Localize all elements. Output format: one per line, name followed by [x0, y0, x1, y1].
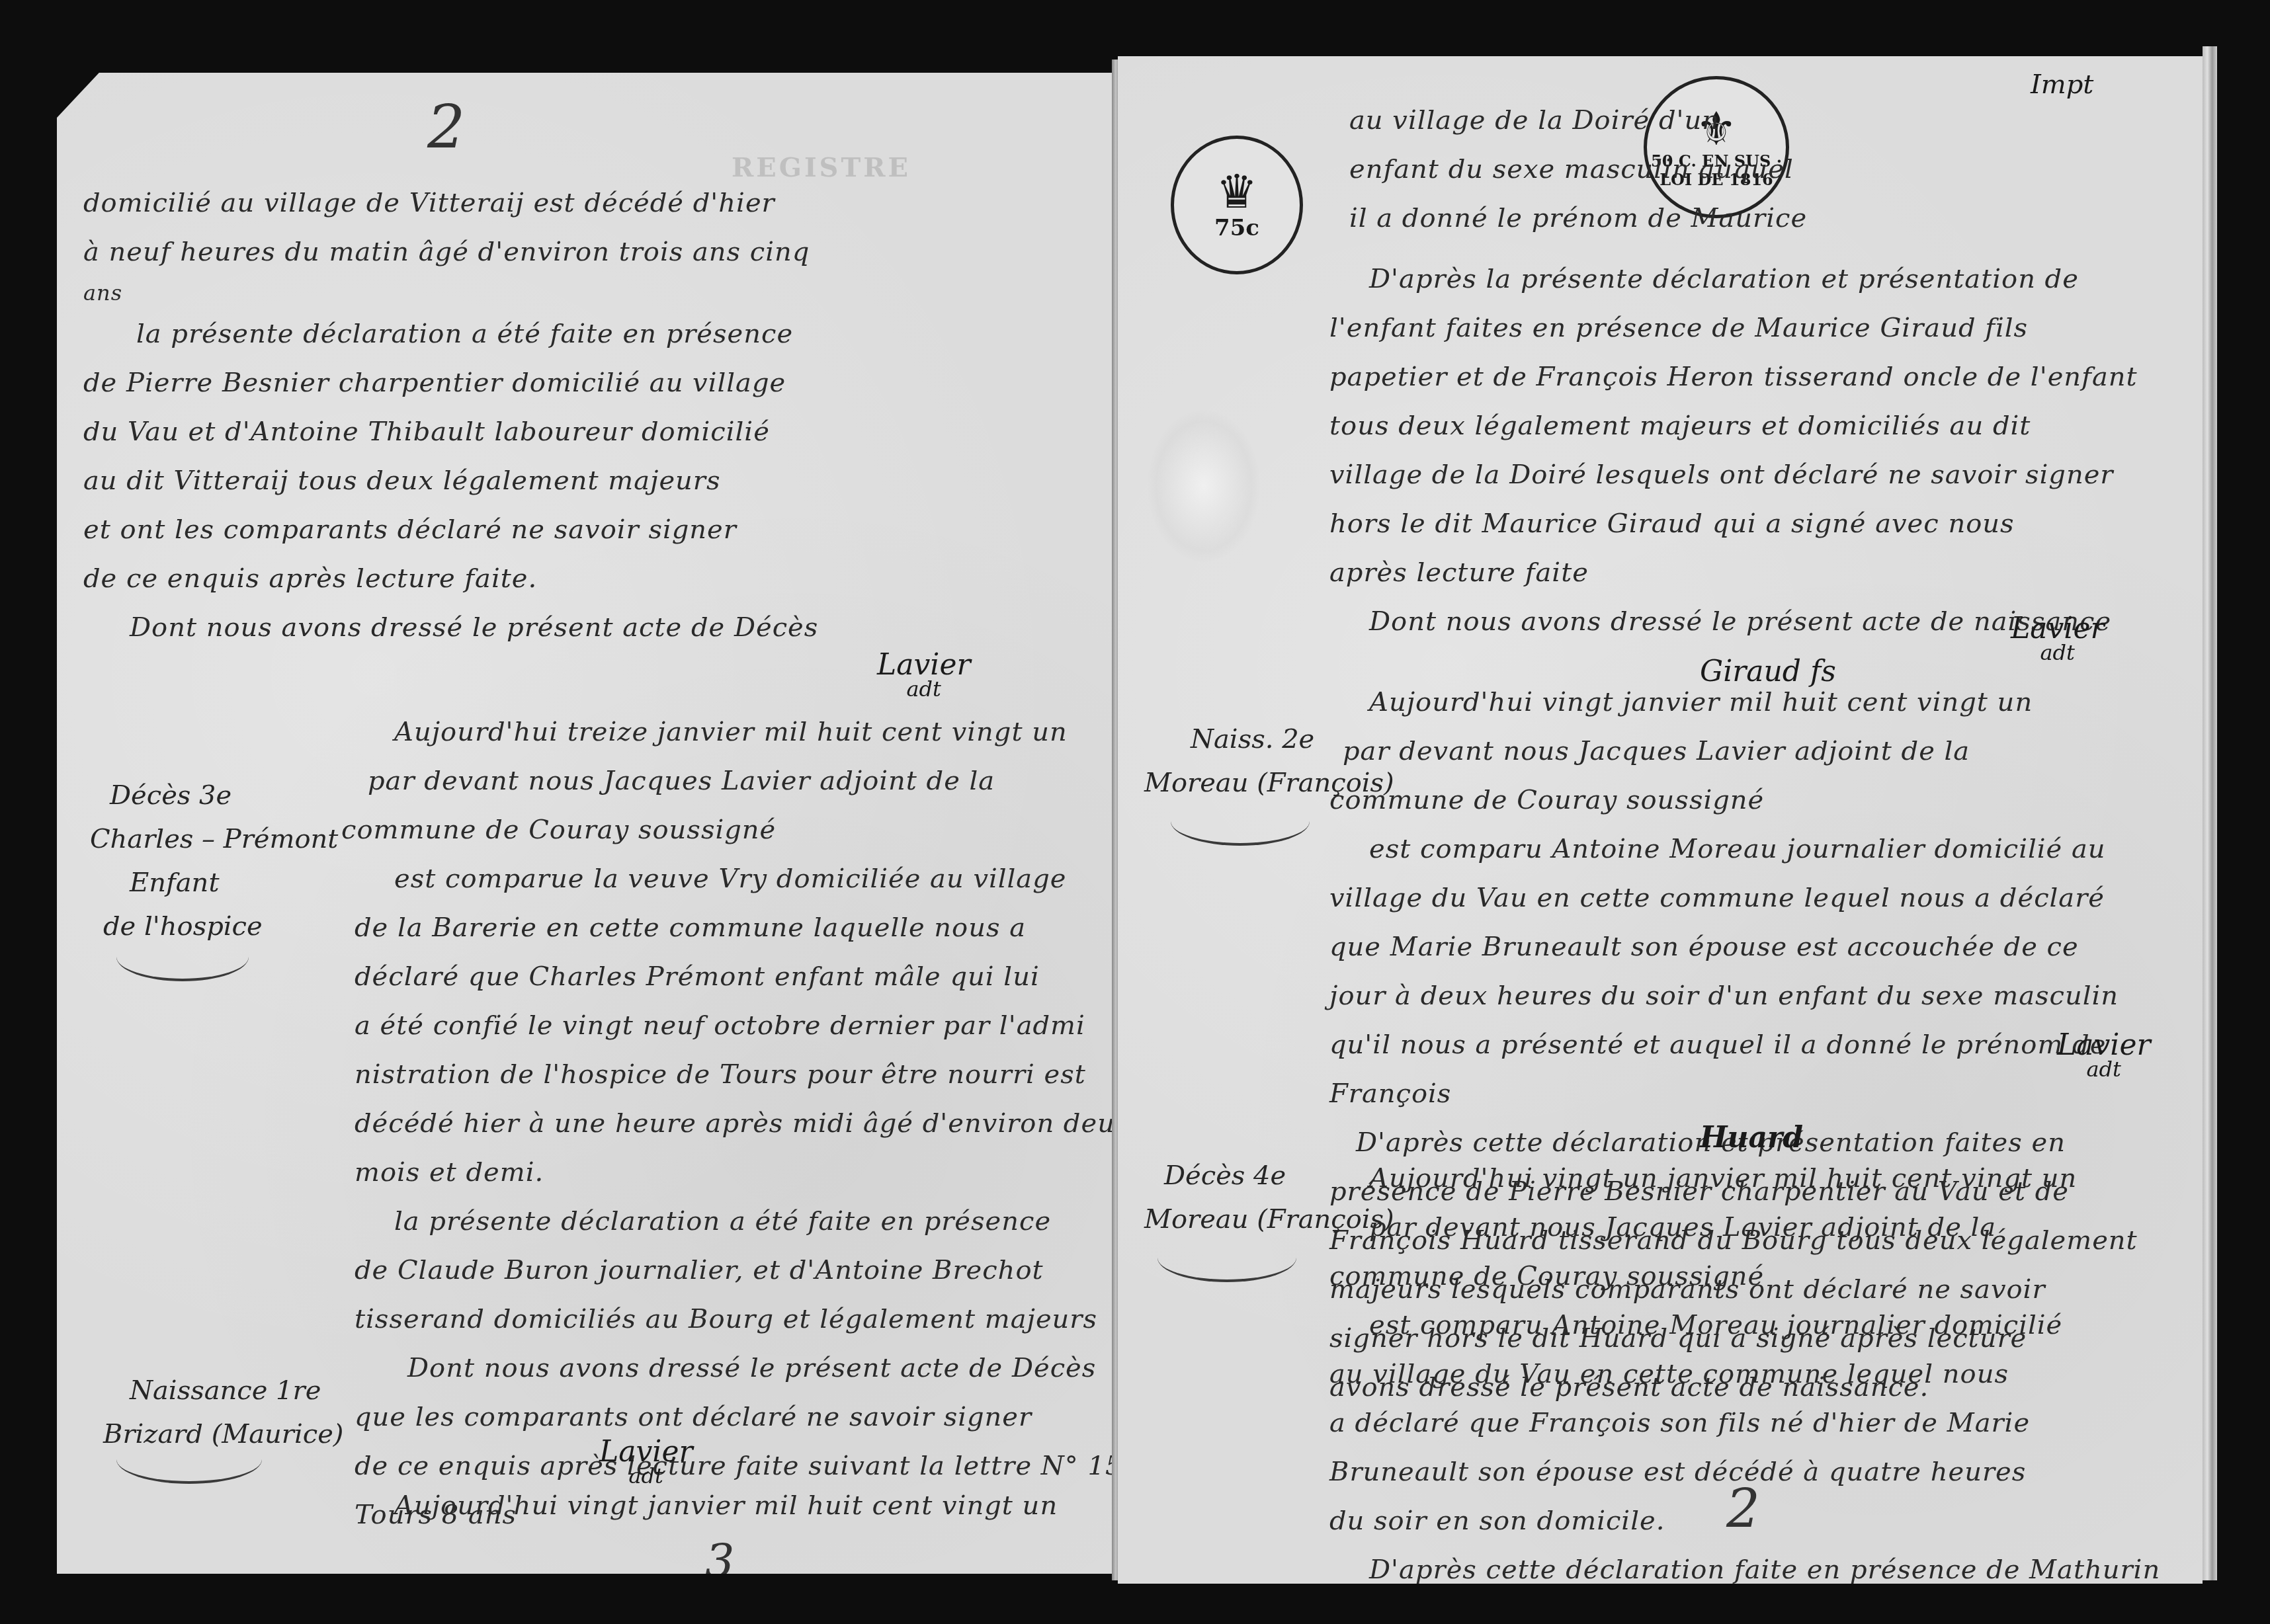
signature-lavier-2: Lavier adt	[599, 1435, 693, 1488]
page-edge-stack	[2203, 46, 2217, 1580]
signature-lavier-right: Lavier adt	[2011, 612, 2104, 665]
entry-deces-3: Aujourd'hui treize janvier mil huit cent…	[355, 708, 1157, 1539]
margin-flourish	[1157, 1233, 1296, 1282]
continued-entry-right: au village de la Doiré d'un enfant du se…	[1349, 96, 1807, 243]
margin-label-deces-3: Décès 3e Charles – Prémont Enfant de l'h…	[90, 774, 338, 948]
entry-naissance-1: Aujourd'hui vingt janvier mil huit cent …	[355, 1481, 1058, 1530]
impt-note: Impt	[2031, 69, 2093, 100]
folio-mark-bottom-right: 2	[1726, 1478, 1760, 1539]
continued-entry: domicilié au village de Vitteraij est dé…	[83, 179, 818, 652]
right-page: ♛ 75c ⚜ 50 C. EN SUS · LOI DE 1816 Impt …	[1118, 56, 2203, 1584]
signature-huard: Huard	[1700, 1121, 1803, 1155]
continued-entry-right-body: D'après la présente déclaration et prése…	[1329, 255, 2138, 646]
left-page: REGISTRE 2 domicilié au village de Vitte…	[57, 73, 1112, 1574]
allegory-figure-icon: ♛	[1216, 169, 1258, 215]
folio-mark-bottom: 3	[705, 1534, 735, 1588]
margin-flourish	[116, 932, 249, 981]
dry-seal-embossing	[1148, 410, 1260, 562]
signature-lavier: Lavier adt	[877, 648, 970, 702]
margin-flourish	[116, 1435, 262, 1484]
signature-lavier-right-2: Lavier adt	[2057, 1028, 2150, 1082]
revenue-stamp: ♛ 75c	[1171, 136, 1303, 274]
folio-mark-top: 2	[427, 93, 465, 162]
margin-flourish	[1171, 797, 1310, 846]
